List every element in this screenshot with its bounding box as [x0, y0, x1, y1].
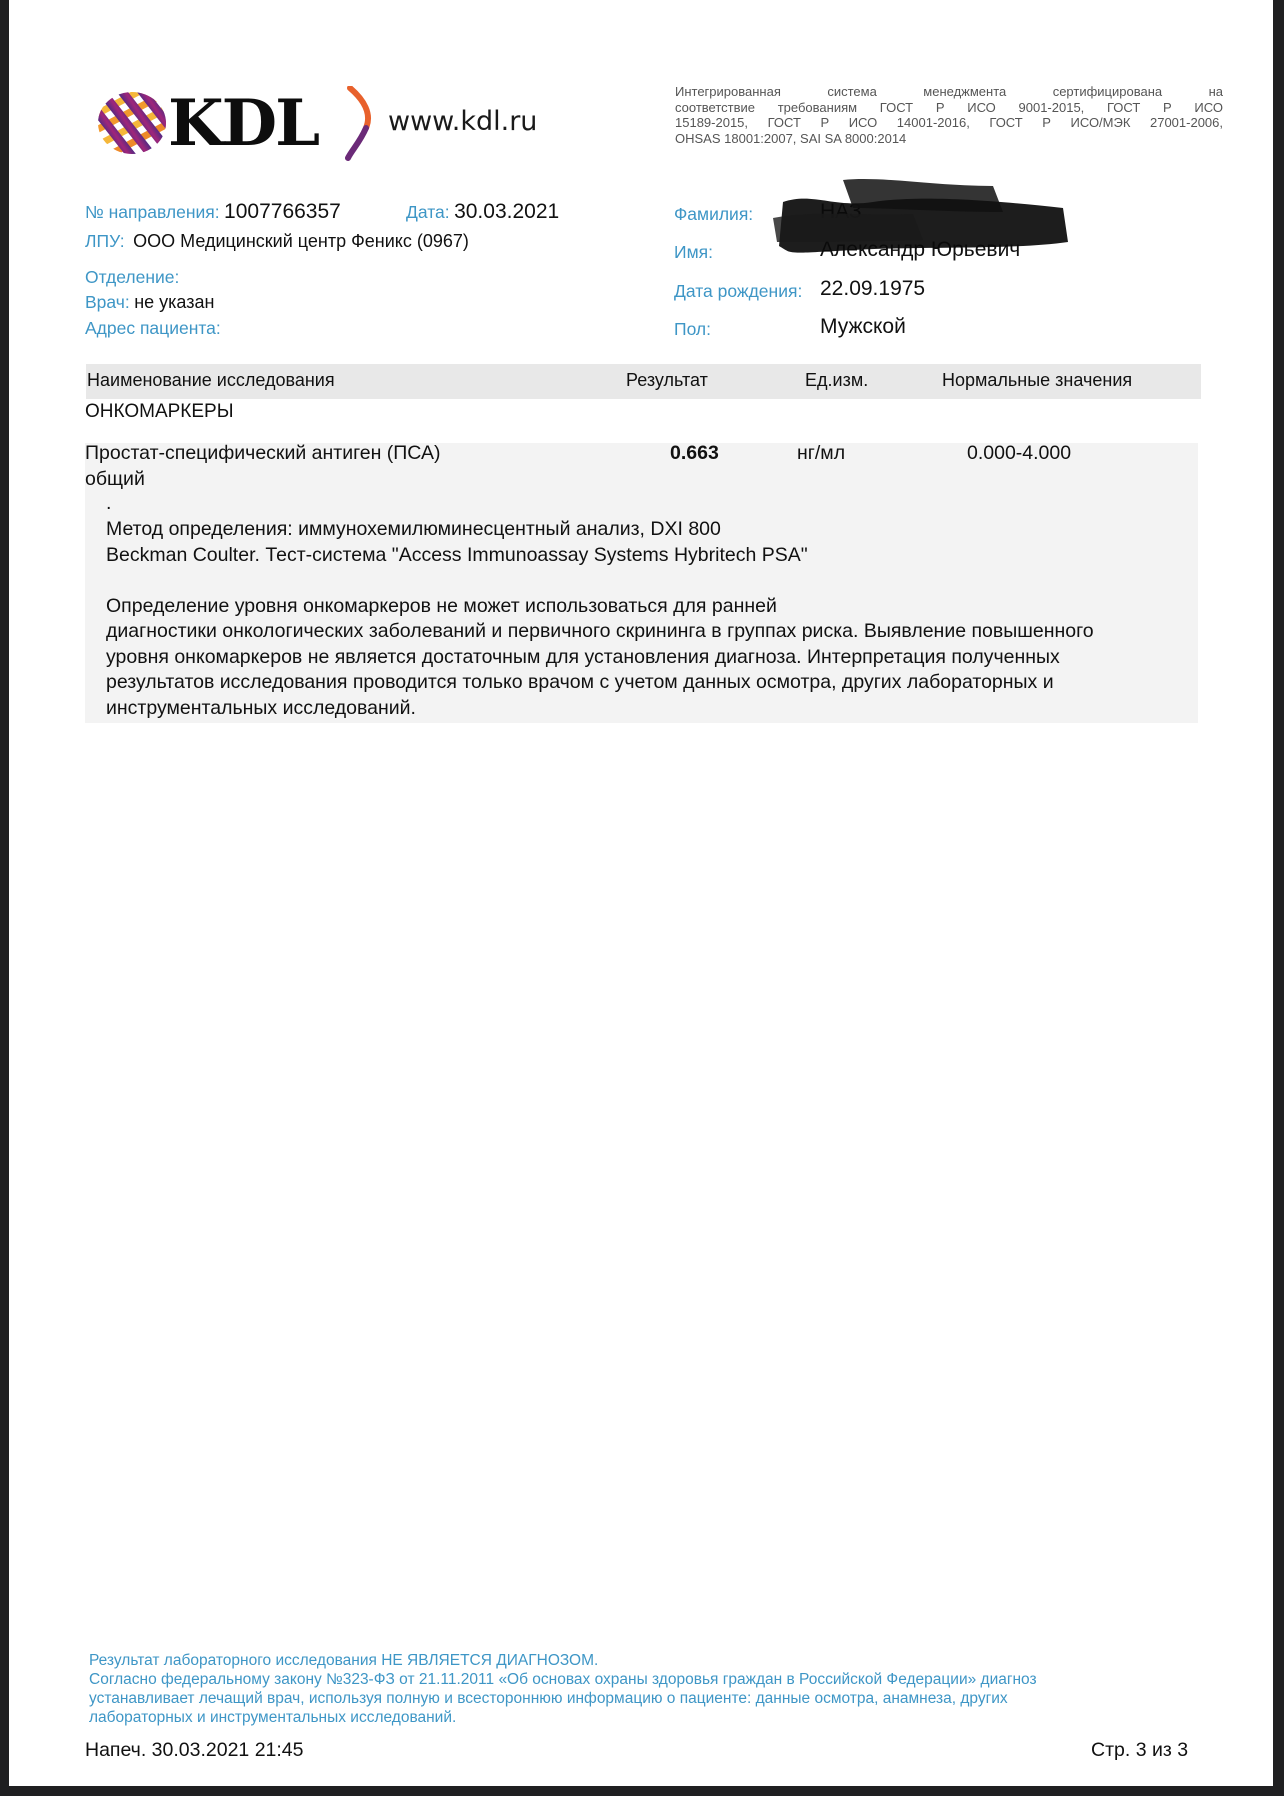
referral-number-label: № направления: — [85, 202, 220, 222]
test-name-line1: Простат-специфический антиген (ПСА) — [85, 442, 440, 465]
result-value: 0.663 — [670, 442, 719, 465]
comment-line-4: результатов исследования проводится толь… — [106, 670, 1054, 696]
diagnosis-disclaimer: Результат лабораторного исследования НЕ … — [89, 1651, 1189, 1727]
lpu-value: ООО Медицинский центр Феникс (0967) — [133, 231, 469, 251]
unit-value: нг/мл — [797, 442, 845, 465]
referral-date-value: 30.03.2021 — [454, 200, 559, 223]
birthdate-value: 22.09.1975 — [820, 277, 925, 301]
column-header-unit: Ед.изм. — [805, 370, 868, 391]
lpu-row: ЛПУ: ООО Медицинский центр Феникс (0967) — [85, 231, 469, 252]
certification-note: Интегрированная система менеджмента серт… — [675, 84, 1223, 146]
reference-value: 0.000-4.000 — [967, 442, 1071, 465]
comment-line-5: инструментальных исследований. — [106, 696, 416, 722]
referral-date-label: Дата: — [406, 202, 450, 222]
surname-label: Фамилия: — [674, 204, 753, 225]
comment-line-1: Определение уровня онкомаркеров не может… — [106, 594, 777, 620]
lab-report-page: KDL www.kdl.ru Интегрированная система м… — [9, 0, 1273, 1786]
printed-timestamp: Напеч. 30.03.2021 21:45 — [85, 1739, 304, 1762]
method-line-1: Метод определения: иммунохемилюминесцент… — [106, 517, 721, 543]
page-number: Стр. 3 из 3 — [1091, 1739, 1188, 1762]
website-link[interactable]: www.kdl.ru — [388, 106, 537, 137]
kdl-logo-text: KDL — [168, 92, 318, 156]
referral-date-row: Дата: 30.03.2021 — [406, 200, 559, 224]
section-title: ОНКОМАРКЕРЫ — [85, 401, 234, 423]
department-row: Отделение: — [85, 267, 179, 288]
birthdate-label: Дата рождения: — [674, 281, 802, 302]
column-header-reference: Нормальные значения — [942, 370, 1132, 391]
address-row: Адрес пациента: — [85, 318, 221, 339]
sex-label: Пол: — [674, 319, 711, 340]
test-name-line2: общий — [85, 468, 145, 491]
method-line-2: Beckman Coulter. Тест-система "Access Im… — [106, 543, 808, 569]
address-label: Адрес пациента: — [85, 318, 221, 338]
comment-line-2: диагностики онкологических заболеваний и… — [106, 619, 1094, 645]
doctor-value: не указан — [134, 292, 214, 312]
kdl-globe-logo-icon — [97, 91, 167, 155]
referral-number-value: 1007766357 — [224, 200, 341, 223]
name-label: Имя: — [674, 242, 713, 263]
department-label: Отделение: — [85, 267, 179, 287]
lpu-label: ЛПУ: — [85, 231, 125, 251]
referral-number-row: № направления: 1007766357 — [85, 200, 341, 224]
note-dot: . — [106, 491, 111, 517]
redaction-scribble — [773, 172, 1073, 256]
sex-value: Мужской — [820, 315, 906, 339]
kdl-swoosh-icon — [342, 86, 376, 162]
doctor-row: Врач: не указан — [85, 292, 214, 313]
column-header-result: Результат — [626, 370, 708, 391]
column-header-test-name: Наименование исследования — [87, 370, 335, 391]
comment-line-3: уровня онкомаркеров не является достаточ… — [106, 645, 1060, 671]
doctor-label: Врач: — [85, 292, 130, 312]
